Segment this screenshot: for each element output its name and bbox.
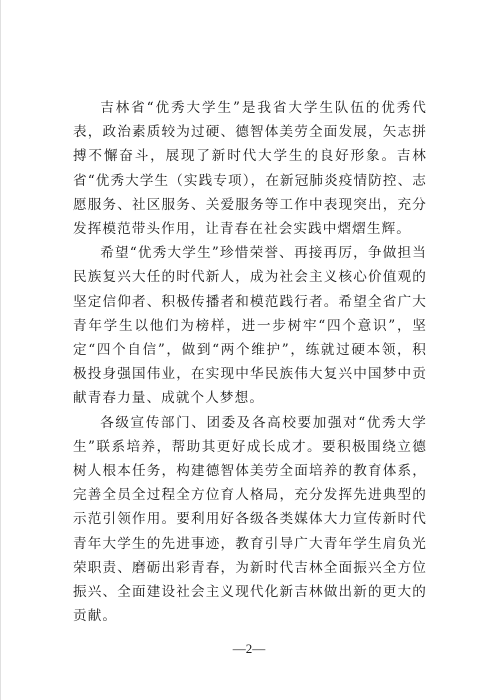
document-page: 吉林省“优秀大学生”是我省大学生队伍的优秀代表，政治素质较为过硬、德智体美劳全面… [0,0,496,700]
paragraph-1: 吉林省“优秀大学生”是我省大学生队伍的优秀代表，政治素质较为过硬、德智体美劳全面… [73,96,427,241]
paragraph-3: 各级宣传部门、团委及各高校要加强对“优秀大学生”联系培养，帮助其更好成长成才。要… [73,411,427,629]
paragraph-2: 希望“优秀大学生”珍惜荣誉、再接再厉，争做担当民族复兴大任的时代新人，成为社会主… [73,241,427,410]
page-number: —2— [1,641,496,657]
document-body: 吉林省“优秀大学生”是我省大学生队伍的优秀代表，政治素质较为过硬、德智体美劳全面… [73,96,427,628]
